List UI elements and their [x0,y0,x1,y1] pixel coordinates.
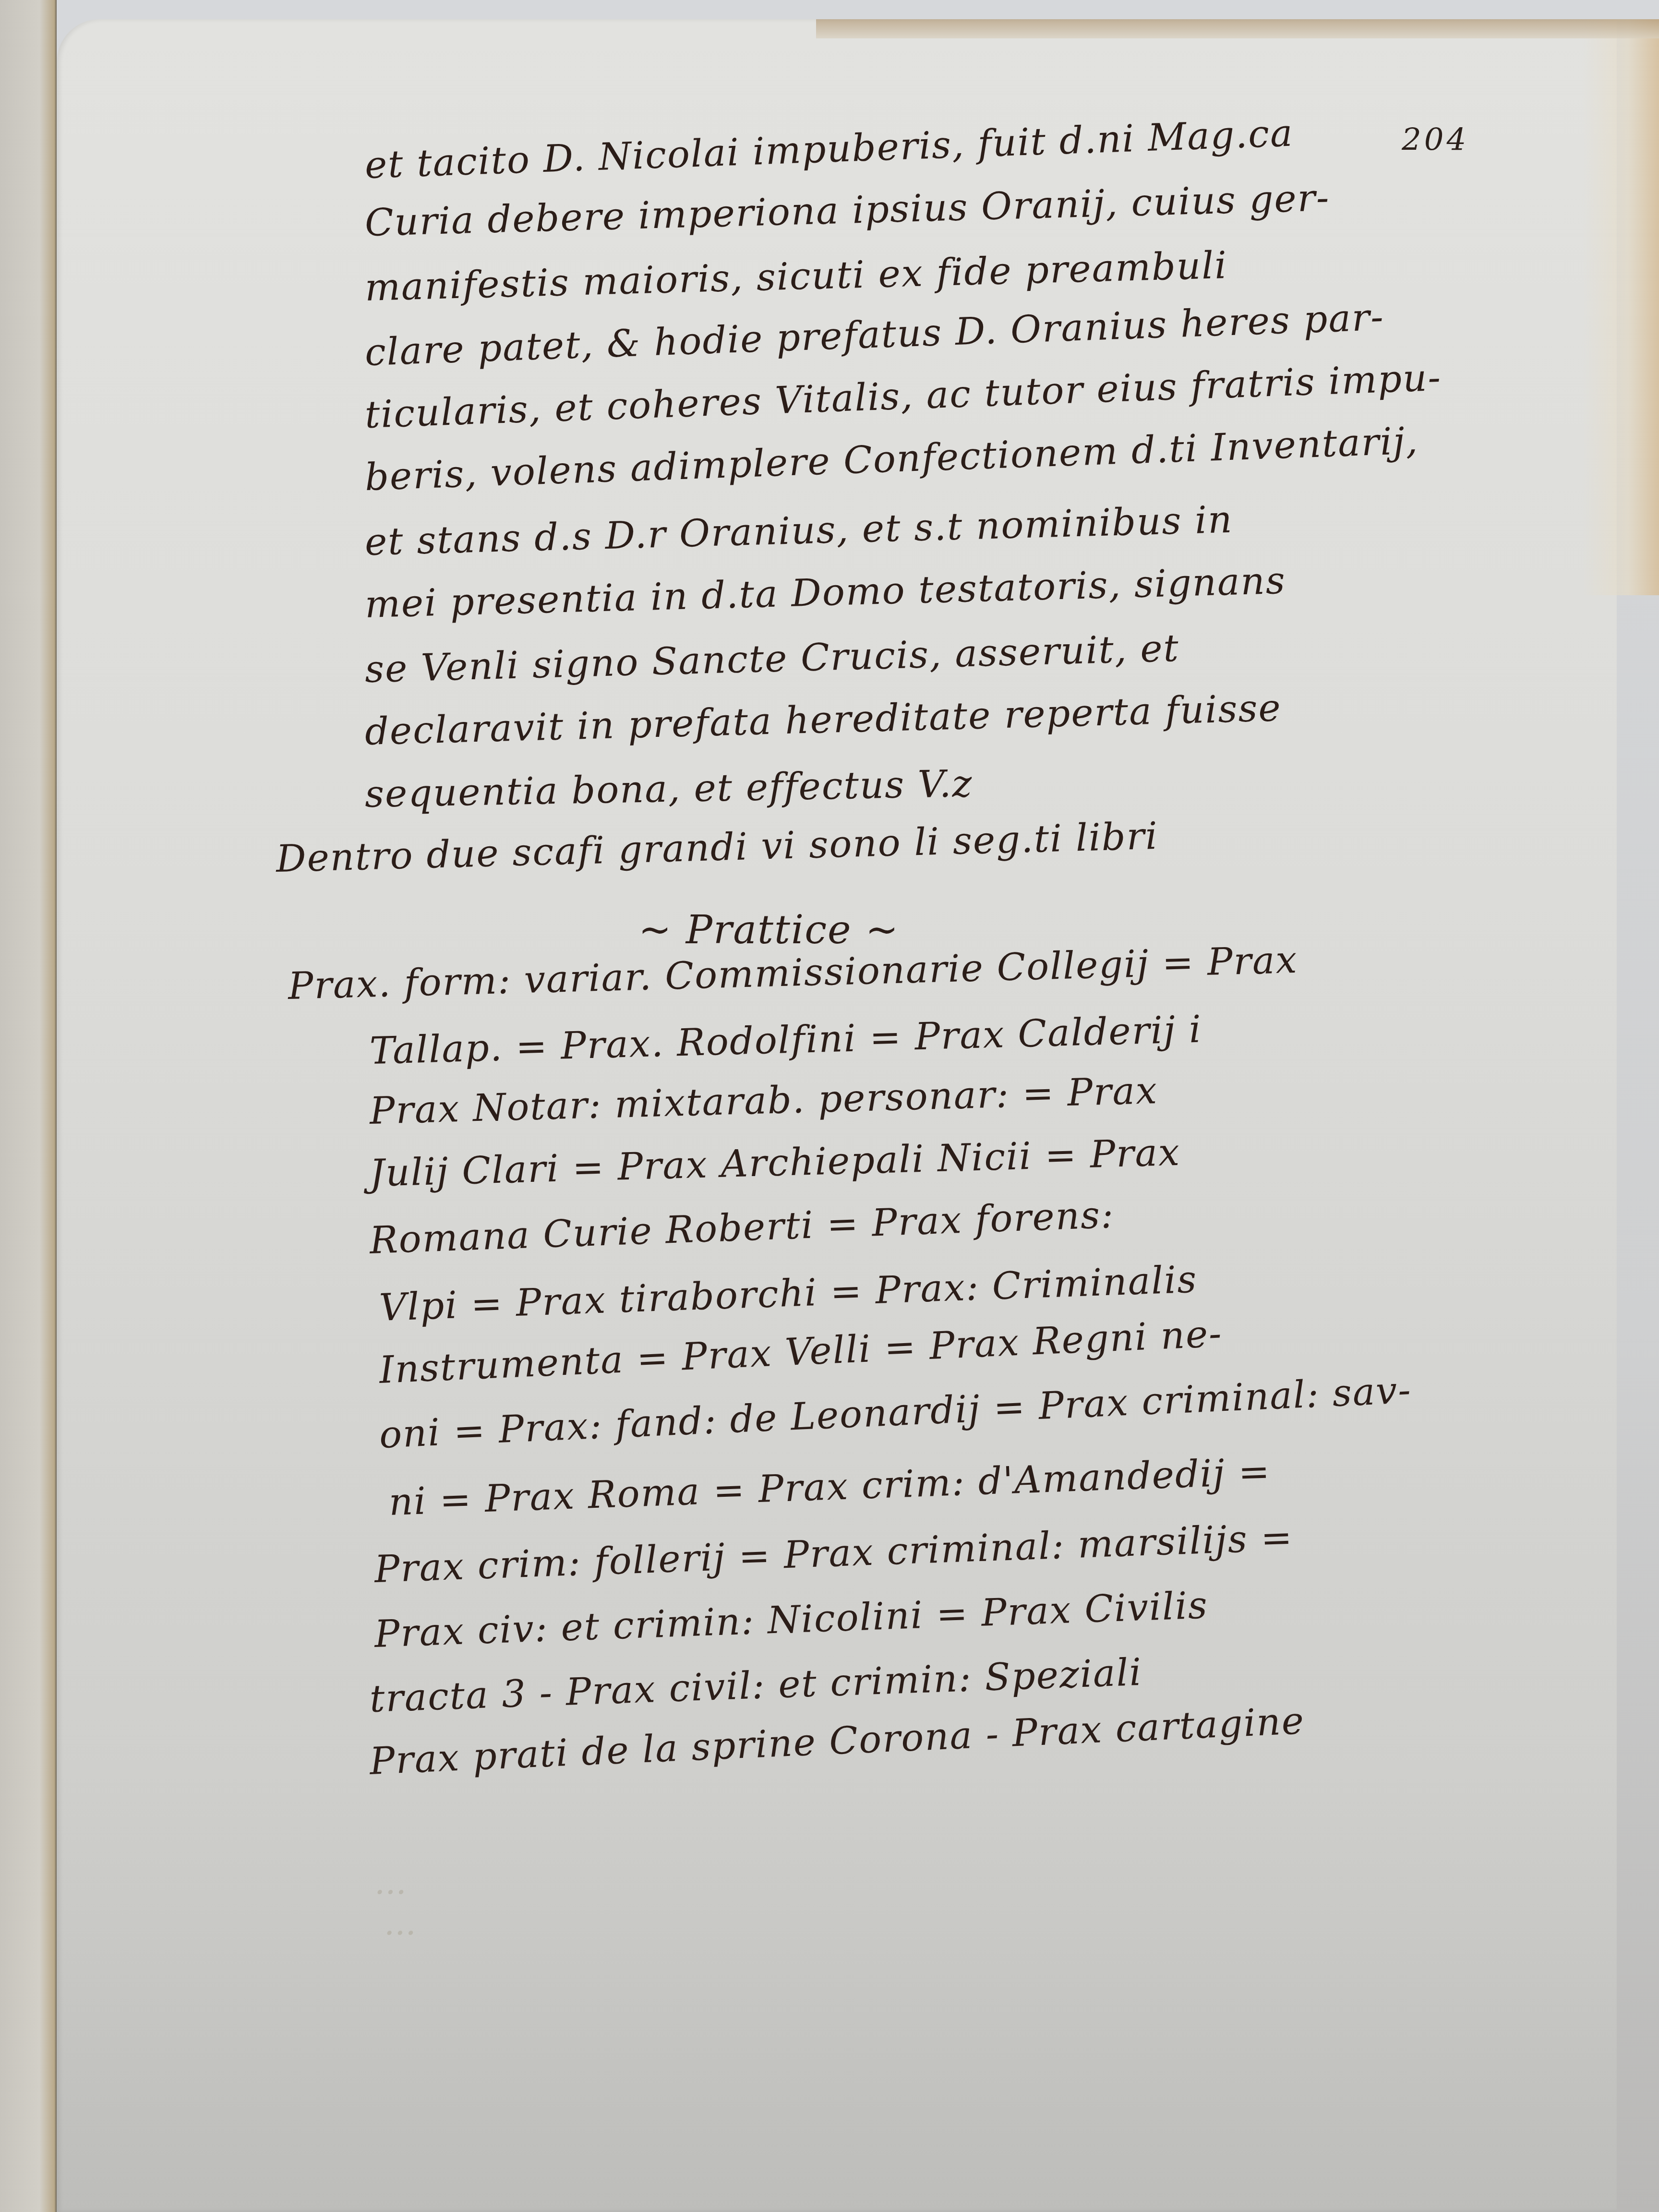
top-edge-stain [816,19,1659,38]
folio-number: 204 [1402,122,1469,158]
page-edge-stain [1582,19,1659,595]
section-heading: ~ Prattice ~ [638,907,899,953]
bleed-through-mark: ... [374,1863,407,1902]
facing-page-edge [0,0,57,2212]
bleed-through-mark: ... [384,1903,416,1943]
